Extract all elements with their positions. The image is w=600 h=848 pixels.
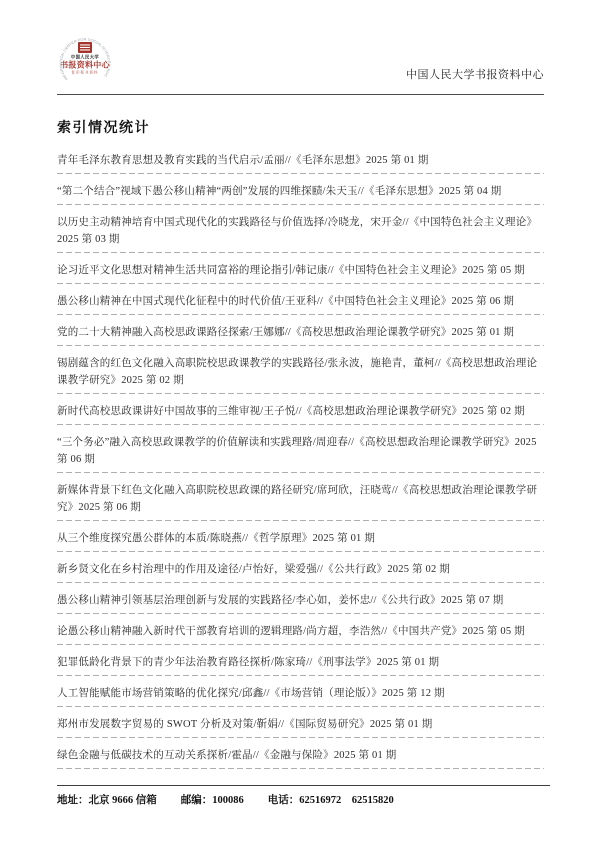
index-entry: 党的二十大精神融入高校思政课路径探索/王娜娜//《高校思想政治理论课教学研究》2… (57, 324, 544, 346)
footer-postcode: 邮编：100086 (181, 792, 244, 807)
ricc-logo: INFORMATION CENTER FOR SOCIAL SCIENCES, … (57, 34, 113, 92)
index-entry: 新时代高校思政课讲好中国故事的三维审视/王子悦//《高校思想政治理论课教学研究》… (57, 403, 544, 425)
logo-brand-text: 书报资料中心 (60, 60, 110, 70)
entry-text: 党的二十大精神融入高校思政课路径探索/王娜娜//《高校思想政治理论课教学研究》2… (57, 324, 544, 341)
entry-separator (57, 520, 544, 521)
page-title: 索引情况统计 (57, 117, 544, 137)
entry-text: 青年毛泽东教育思想及教育实践的当代启示/孟丽//《毛泽东思想》2025 第 01… (57, 152, 544, 169)
book-icon (78, 42, 92, 53)
entry-separator (57, 204, 544, 205)
entry-text: 犯罪低龄化背景下的青少年法治教育路径探析/陈家琦//《刑事法学》2025 第 0… (57, 654, 544, 671)
index-entry: 论愚公移山精神融入新时代干部教育培训的逻辑理路/尚方超，李浩然//《中国共产党》… (57, 623, 544, 645)
entry-text: 愚公移山精神在中国式现代化征程中的时代价值/王亚科//《中国特色社会主义理论》2… (57, 293, 544, 310)
logo-university-text: 中国人民大学 (71, 54, 99, 61)
entry-text: 以历史主动精神培育中国式现代化的实践路径与价值选择/冷晓龙，宋开金//《中国特色… (57, 214, 544, 248)
index-entry: 论习近平文化思想对精神生活共同富裕的理论指引/韩记康//《中国特色社会主义理论》… (57, 262, 544, 284)
entry-text: 愚公移山精神引领基层治理创新与发展的实践路径/李心如，姜怀忠//《公共行政》20… (57, 592, 544, 609)
entry-separator (57, 768, 544, 769)
index-entry: 人工智能赋能市场营销策略的优化探究/邱鑫//《市场营销（理论版）》2025 第 … (57, 685, 544, 707)
index-entry: 以历史主动精神培育中国式现代化的实践路径与价值选择/冷晓龙，宋开金//《中国特色… (57, 214, 544, 253)
entry-separator (57, 737, 544, 738)
index-entry: “第二个结合”视域下愚公移山精神“两创”发展的四维探赜/朱天玉//《毛泽东思想》… (57, 183, 544, 205)
index-entry: 从三个维度探究愚公群体的本质/陈晓燕//《哲学原理》2025 第 01 期 (57, 530, 544, 552)
index-entry: 犯罪低龄化背景下的青少年法治教育路径探析/陈家琦//《刑事法学》2025 第 0… (57, 654, 544, 676)
entry-text: 新时代高校思政课讲好中国故事的三维审视/王子悦//《高校思想政治理论课教学研究》… (57, 403, 544, 420)
entry-text: 人工智能赋能市场营销策略的优化探究/邱鑫//《市场营销（理论版）》2025 第 … (57, 685, 544, 702)
index-entry: 新乡贤文化在乡村治理中的作用及途径/卢怡好，梁爱强//《公共行政》2025 第 … (57, 561, 544, 583)
entry-separator (57, 314, 544, 315)
index-entry: 愚公移山精神在中国式现代化征程中的时代价值/王亚科//《中国特色社会主义理论》2… (57, 293, 544, 315)
index-entry: 锡剧蕴含的红色文化融入高职院校思政课教学的实践路径/张永波，施艳青，董柯//《高… (57, 355, 544, 394)
entry-separator (57, 582, 544, 583)
entry-text: 论愚公移山精神融入新时代干部教育培训的逻辑理路/尚方超，李浩然//《中国共产党》… (57, 623, 544, 640)
entry-separator (57, 345, 544, 346)
logo-tagline-text: 复印报刊资料 (72, 70, 99, 75)
entry-text: 从三个维度探究愚公群体的本质/陈晓燕//《哲学原理》2025 第 01 期 (57, 530, 544, 547)
entry-separator (57, 706, 544, 707)
index-entry: “三个务必”融入高校思政课教学的价值解读和实践理路/周迎春//《高校思想政治理论… (57, 434, 544, 473)
entry-text: 绿色金融与低碳技术的互动关系探析/霍晶//《金融与保险》2025 第 01 期 (57, 747, 544, 764)
entry-separator (57, 283, 544, 284)
footer-phone: 电话：62516972 62515820 (268, 792, 394, 807)
document-page: INFORMATION CENTER FOR SOCIAL SCIENCES, … (0, 0, 600, 848)
index-entry: 绿色金融与低碳技术的互动关系探析/霍晶//《金融与保险》2025 第 01 期 (57, 747, 544, 769)
entry-separator (57, 252, 544, 253)
entry-separator (57, 472, 544, 473)
entry-separator (57, 613, 544, 614)
entry-text: 论习近平文化思想对精神生活共同富裕的理论指引/韩记康//《中国特色社会主义理论》… (57, 262, 544, 279)
page-footer: 地址：北京 9666 信箱 邮编：100086 电话：62516972 6251… (57, 785, 550, 807)
index-entry: 新媒体背景下红色文化融入高职院校思政课的路径研究/席珂欣，汪晓莺//《高校思想政… (57, 482, 544, 521)
index-entry: 愚公移山精神引领基层治理创新与发展的实践路径/李心如，姜怀忠//《公共行政》20… (57, 592, 544, 614)
entry-separator (57, 393, 544, 394)
footer-address: 地址：北京 9666 信箱 (57, 792, 157, 807)
entry-text: 郑州市发展数字贸易的 SWOT 分析及对策/靳娟//《国际贸易研究》2025 第… (57, 716, 544, 733)
entry-text: 锡剧蕴含的红色文化融入高职院校思政课教学的实践路径/张永波，施艳青，董柯//《高… (57, 355, 544, 389)
entry-separator (57, 424, 544, 425)
org-name: 中国人民大学书报资料中心 (406, 66, 544, 82)
entry-text: “三个务必”融入高校思政课教学的价值解读和实践理路/周迎春//《高校思想政治理论… (57, 434, 544, 468)
index-entry: 郑州市发展数字贸易的 SWOT 分析及对策/靳娟//《国际贸易研究》2025 第… (57, 716, 544, 738)
entry-text: 新媒体背景下红色文化融入高职院校思政课的路径研究/席珂欣，汪晓莺//《高校思想政… (57, 482, 544, 516)
index-entry: 青年毛泽东教育思想及教育实践的当代启示/孟丽//《毛泽东思想》2025 第 01… (57, 152, 544, 174)
entry-text: 新乡贤文化在乡村治理中的作用及途径/卢怡好，梁爱强//《公共行政》2025 第 … (57, 561, 544, 578)
entry-separator (57, 551, 544, 552)
entry-separator (57, 644, 544, 645)
entry-separator (57, 173, 544, 174)
entry-separator (57, 675, 544, 676)
page-header: INFORMATION CENTER FOR SOCIAL SCIENCES, … (57, 34, 544, 95)
index-entry-list: 青年毛泽东教育思想及教育实践的当代启示/孟丽//《毛泽东思想》2025 第 01… (57, 152, 544, 769)
entry-text: “第二个结合”视域下愚公移山精神“两创”发展的四维探赜/朱天玉//《毛泽东思想》… (57, 183, 544, 200)
